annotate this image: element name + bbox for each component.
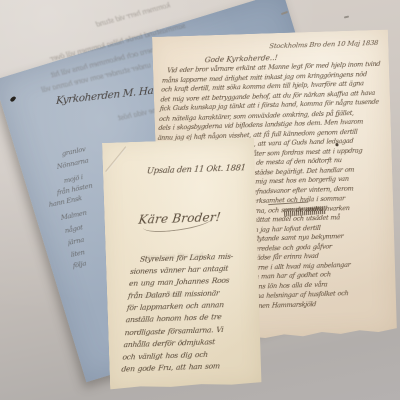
ink-dot [335,143,338,146]
dust-speck [344,16,349,19]
letter-1881-paper: Upsala den 11 Okt. 1881 Käre Broder! han… [102,138,262,390]
body-text-1881: Styrelsen för Lapska mis- sionens vänner… [121,250,254,375]
dateline-1881: Upsala den 11 Okt. 1881 [146,162,246,175]
photo-of-three-letters: kommen herr vid stund sammastund torde h… [0,0,400,400]
paper-crease [105,146,127,172]
dateline-1838: Stockholms Bro den 10 Maj 1838 [269,39,379,50]
